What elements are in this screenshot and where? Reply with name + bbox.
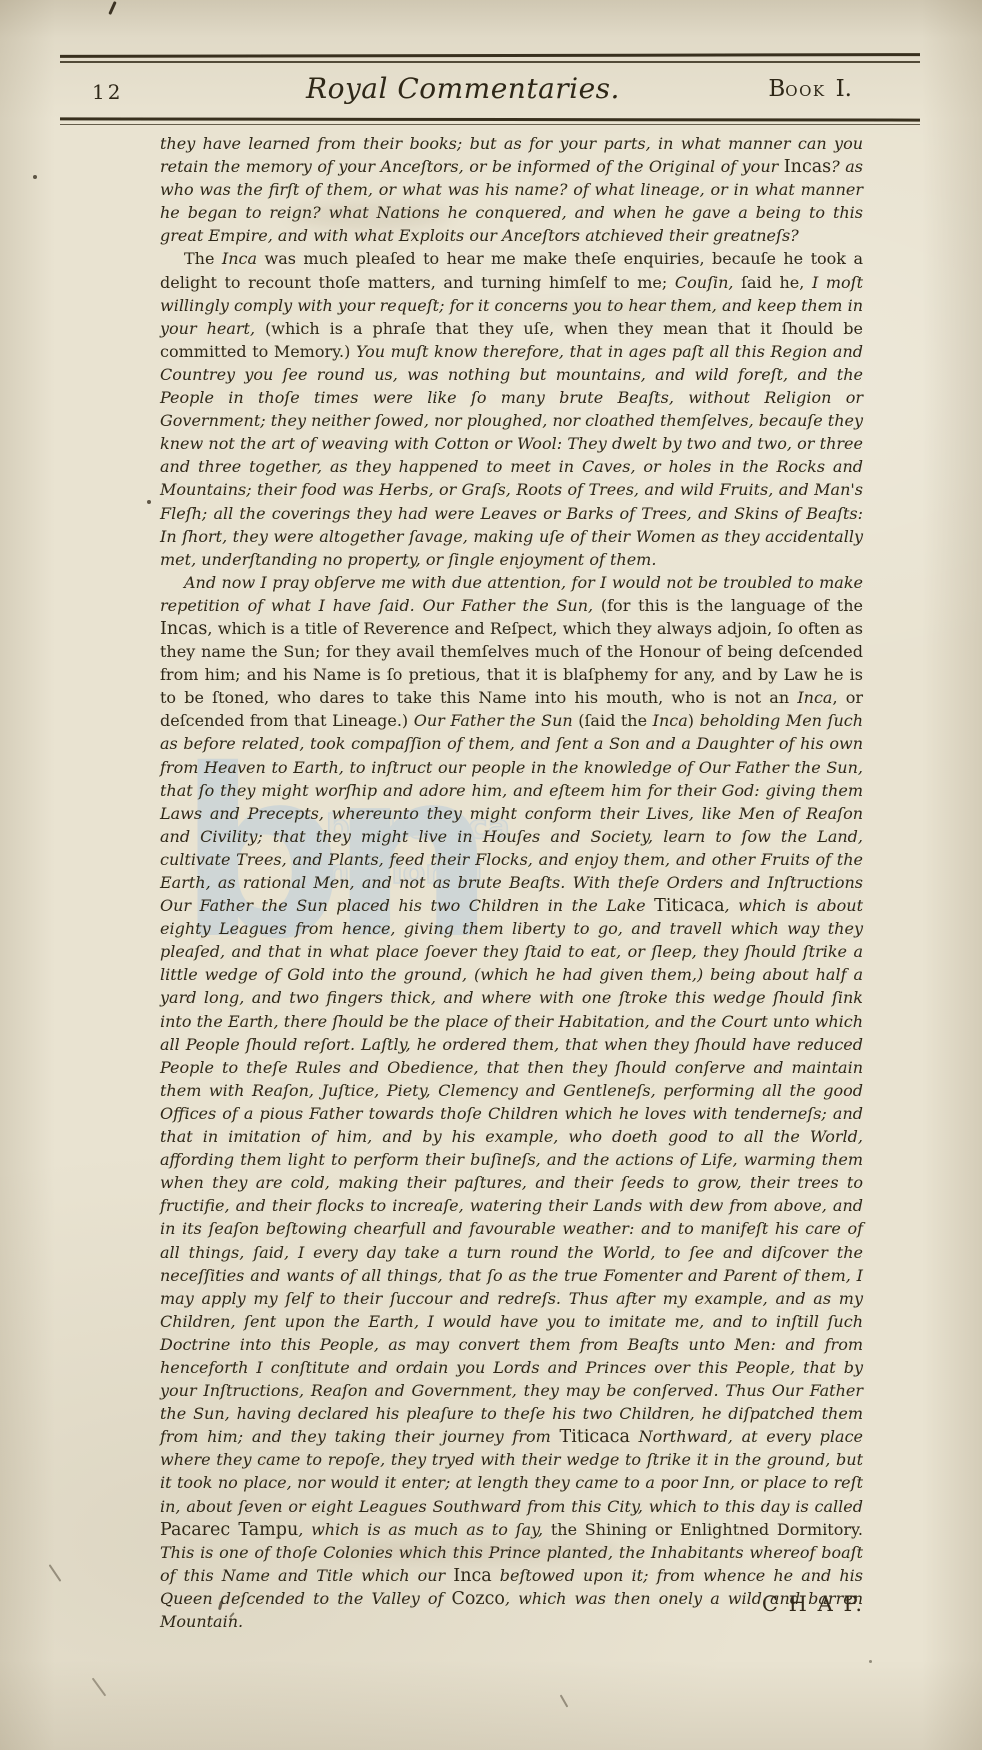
book-page: bn biblioteca nacional 12 Royal Commenta… <box>0 0 982 1750</box>
ink-speck <box>869 1660 872 1663</box>
pencil-mark <box>92 1678 107 1697</box>
header-rule <box>60 61 920 63</box>
book-label: BOOKI. <box>768 76 852 102</box>
paragraph: The Inca was much pleaſed to hear me mak… <box>160 247 863 570</box>
header-rule <box>60 53 920 58</box>
pencil-mark <box>49 1564 62 1582</box>
book-label-smallcaps: OOK <box>785 82 825 100</box>
header-rule <box>60 117 920 121</box>
ink-speck <box>33 175 37 179</box>
running-title-text: Royal Commentaries. <box>306 72 620 105</box>
pencil-mark <box>560 1694 569 1707</box>
header-rule <box>60 124 920 125</box>
catchword: C H A P. <box>762 1592 864 1616</box>
paragraph: they have learned from their books; but … <box>160 132 863 247</box>
book-label-numeral: I. <box>836 76 852 102</box>
book-label-initial: B <box>768 76 785 102</box>
paragraph: And now I pray obſerve me with due atten… <box>160 571 863 1633</box>
ink-speck <box>108 1 116 15</box>
ink-speck <box>147 500 151 504</box>
page-text: they have learned from their books; but … <box>160 132 863 1633</box>
